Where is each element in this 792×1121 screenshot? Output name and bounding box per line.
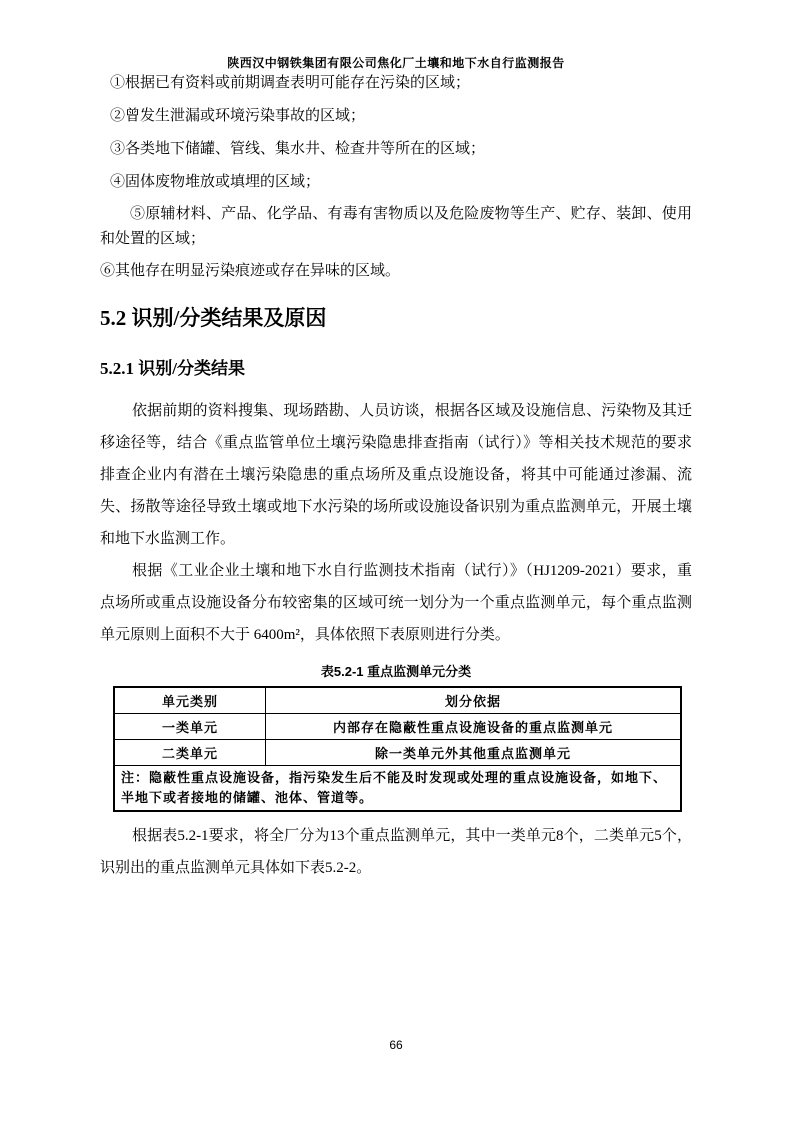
subsection-heading-5-2-1: 5.2.1 识别/分类结果: [100, 357, 692, 381]
list-item-3: ③各类地下储罐、管线、集水井、检查井等所在的区域；: [100, 136, 692, 162]
table-cell-basis-1: 内部存在隐蔽性重点设施设备的重点监测单元: [266, 714, 682, 740]
table-note-row: 注：隐蔽性重点设施设备，指污染发生后不能及时发现或处理的重点设施设备，如地下、半…: [114, 766, 681, 812]
classification-table: 单元类别 划分依据 一类单元 内部存在隐蔽性重点设施设备的重点监测单元 二类单元…: [113, 686, 682, 812]
list-item-5: ⑤原辅材料、产品、化学品、有毒有害物质以及危险废物等生产、贮存、装卸、使用和处置…: [100, 202, 692, 252]
table-note: 注：隐蔽性重点设施设备，指污染发生后不能及时发现或处理的重点设施设备，如地下、半…: [114, 766, 681, 812]
table-header-division-basis: 划分依据: [266, 687, 682, 714]
table-caption: 表5.2-1 重点监测单元分类: [100, 663, 692, 681]
table-header-unit-type: 单元类别: [114, 687, 266, 714]
section-heading-5-2: 5.2 识别/分类结果及原因: [100, 303, 692, 333]
page-number: 66: [0, 1038, 792, 1052]
list-item-2: ②曾发生泄漏或环境污染事故的区域；: [100, 103, 692, 129]
table-cell-basis-2: 除一类单元外其他重点监测单元: [266, 740, 682, 766]
document-page: 陕西汉中钢铁集团有限公司焦化厂土壤和地下水自行监测报告 ①根据已有资料或前期调查…: [0, 0, 792, 1121]
table-cell-unit-type-2: 二类单元: [114, 740, 266, 766]
table-header-row: 单元类别 划分依据: [114, 687, 681, 714]
table-row: 一类单元 内部存在隐蔽性重点设施设备的重点监测单元: [114, 714, 681, 740]
paragraph-classification-result: 根据表5.2-1要求，将全厂分为13个重点监测单元，其中一类单元8个，二类单元5…: [100, 820, 692, 884]
list-item-6: ⑥其他存在明显污染痕迹或存在异味的区域。: [100, 258, 692, 285]
document-header-title: 陕西汉中钢铁集团有限公司焦化厂土壤和地下水自行监测报告: [0, 54, 792, 71]
list-item-1: ①根据已有资料或前期调查表明可能存在污染的区域；: [100, 70, 692, 96]
paragraph-unit-division-rule: 根据《工业企业土壤和地下水自行监测技术指南（试行）》（HJ1209-2021）要…: [100, 555, 692, 651]
table-row: 二类单元 除一类单元外其他重点监测单元: [114, 740, 681, 766]
paragraph-identification-basis: 依据前期的资料搜集、现场踏勘、人员访谈，根据各区域及设施信息、污染物及其迁移途径…: [100, 395, 692, 555]
list-item-4: ④固体废物堆放或填埋的区域；: [100, 169, 692, 195]
table-cell-unit-type-1: 一类单元: [114, 714, 266, 740]
page-content: ①根据已有资料或前期调查表明可能存在污染的区域； ②曾发生泄漏或环境污染事故的区…: [100, 70, 692, 884]
